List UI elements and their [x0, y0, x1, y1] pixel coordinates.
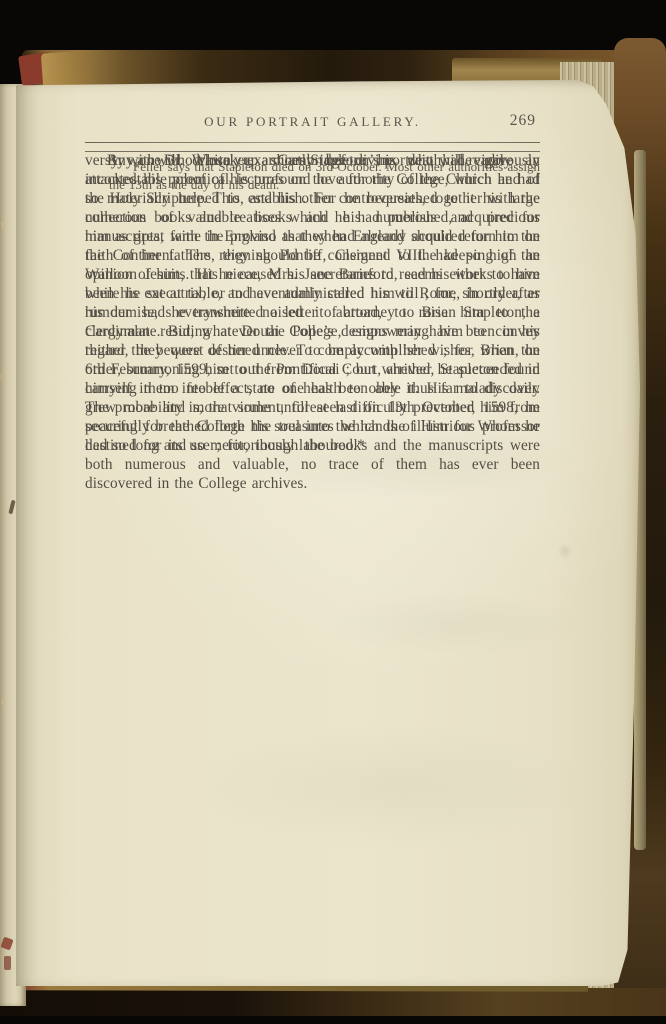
red-edge-mark	[4, 956, 11, 970]
header-rule	[85, 142, 540, 143]
page-content: OUR PORTRAIT GALLERY. 269 versy with Dr.…	[85, 112, 540, 158]
page-header: OUR PORTRAIT GALLERY. 269	[85, 112, 540, 134]
headband-gold	[41, 50, 91, 87]
footnote-text: Feller says that Stapleton died on 3rd O…	[109, 158, 540, 194]
book-page: OUR PORTRAIT GALLERY. 269 versy with Dr.…	[16, 80, 640, 986]
book-cover-bottom	[0, 988, 666, 1016]
running-title: OUR PORTRAIT GALLERY.	[204, 114, 421, 130]
book-scan: OUR PORTRAIT GALLERY. 269 versy with Dr.…	[0, 0, 666, 1024]
page-number: 269	[510, 112, 536, 130]
paragraph: By a will drawn up shortly before his de…	[85, 151, 540, 493]
dust-speck	[1, 700, 5, 705]
dust-speck	[0, 373, 3, 380]
dust-speck	[1, 222, 5, 228]
